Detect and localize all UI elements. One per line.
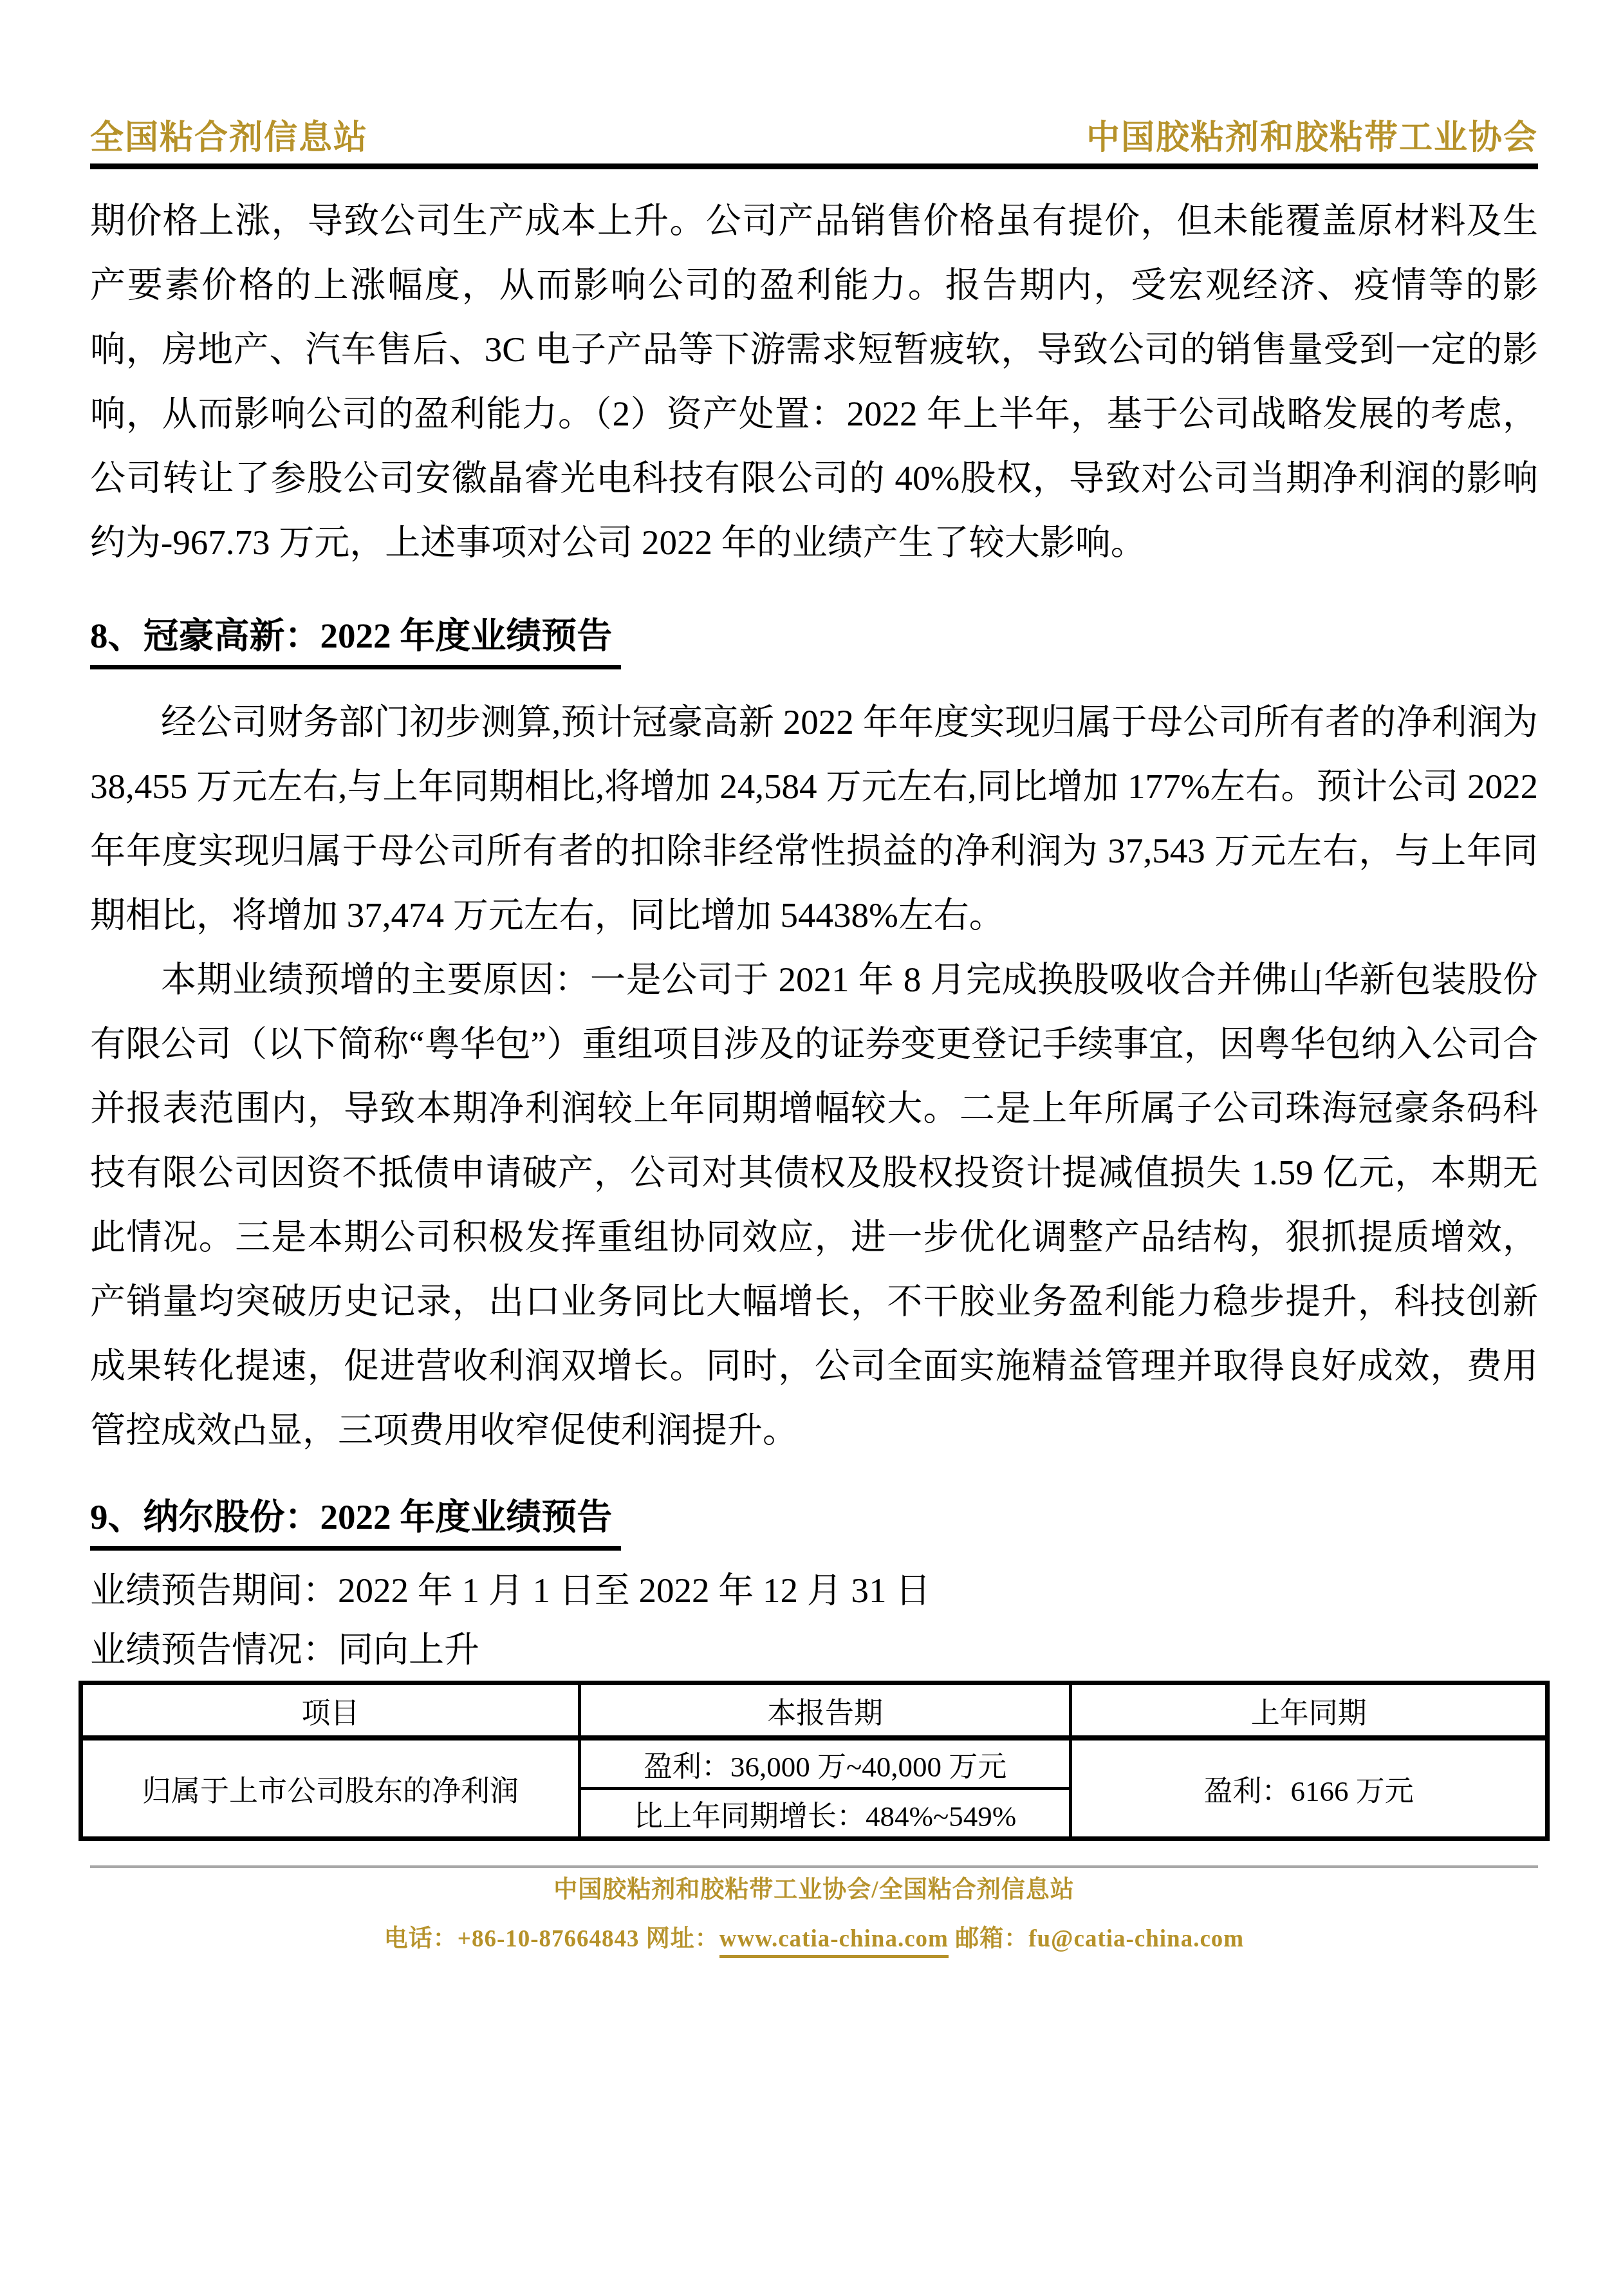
table-row: 归属于上市公司股东的净利润 盈利：36,000 万~40,000 万元 盈利：6… bbox=[81, 1738, 1548, 1789]
footer-contact-line: 电话：+86-10-87664843 网址：www.catia-china.co… bbox=[90, 1922, 1538, 1957]
masthead: 全国粘合剂信息站 中国胶粘剂和胶粘带工业协会 bbox=[90, 0, 1538, 157]
footer-contact-prefix: 电话：+86-10-87664843 网址： bbox=[384, 1926, 719, 1952]
footer-divider bbox=[90, 1865, 1538, 1868]
footer-website-link[interactable]: www.catia-china.com bbox=[719, 1926, 949, 1958]
section-8-paragraph-1: 经公司财务部门初步测算,预计冠豪高新 2022 年年度实现归属于母公司所有者的净… bbox=[90, 690, 1538, 947]
masthead-divider bbox=[90, 163, 1538, 169]
table-header-current-period: 本报告期 bbox=[579, 1683, 1070, 1739]
forecast-status-line: 业绩预告情况：同向上升 bbox=[90, 1620, 1538, 1679]
masthead-site-name: 全国粘合剂信息站 bbox=[90, 120, 368, 157]
section-9-heading-text: 9、纳尔股份：2022 年度业绩预告 bbox=[90, 1495, 621, 1551]
table-cell-prior-profit: 盈利：6166 万元 bbox=[1071, 1738, 1548, 1839]
table-cell-current-profit: 盈利：36,000 万~40,000 万元 bbox=[579, 1738, 1070, 1789]
table-header-prior-period: 上年同期 bbox=[1071, 1683, 1548, 1739]
section-8-heading: 8、冠豪高新：2022 年度业绩预告 bbox=[90, 613, 1538, 669]
table-cell-item: 归属于上市公司股东的净利润 bbox=[81, 1738, 580, 1839]
masthead-association-name: 中国胶粘剂和胶粘带工业协会 bbox=[1086, 120, 1538, 157]
forecast-table-header-row: 项目 本报告期 上年同期 bbox=[81, 1683, 1548, 1739]
section-8-paragraph-2: 本期业绩预增的主要原因：一是公司于 2021 年 8 月完成换股吸收合并佛山华新… bbox=[90, 947, 1538, 1462]
intro-paragraph: 期价格上涨，导致公司生产成本上升。公司产品销售价格虽有提价，但未能覆盖原材料及生… bbox=[90, 189, 1538, 575]
section-9-heading: 9、纳尔股份：2022 年度业绩预告 bbox=[90, 1495, 1538, 1551]
table-header-item: 项目 bbox=[81, 1683, 580, 1739]
forecast-period-line: 业绩预告期间：2022 年 1 月 1 日至 2022 年 12 月 31 日 bbox=[90, 1561, 1538, 1620]
table-cell-current-growth: 比上年同期增长：484%~549% bbox=[579, 1789, 1070, 1839]
footer-contact-suffix: 邮箱：fu@catia-china.com bbox=[949, 1926, 1244, 1952]
forecast-table: 项目 本报告期 上年同期 归属于上市公司股东的净利润 盈利：36,000 万~4… bbox=[79, 1681, 1550, 1841]
footer-association-line: 中国胶粘剂和胶粘带工业协会/全国粘合剂信息站 bbox=[90, 1873, 1538, 1908]
section-8-heading-text: 8、冠豪高新：2022 年度业绩预告 bbox=[90, 613, 621, 669]
newsletter-page: 全国粘合剂信息站 中国胶粘剂和胶粘带工业协会 期价格上涨，导致公司生产成本上升。… bbox=[0, 0, 1623, 2296]
